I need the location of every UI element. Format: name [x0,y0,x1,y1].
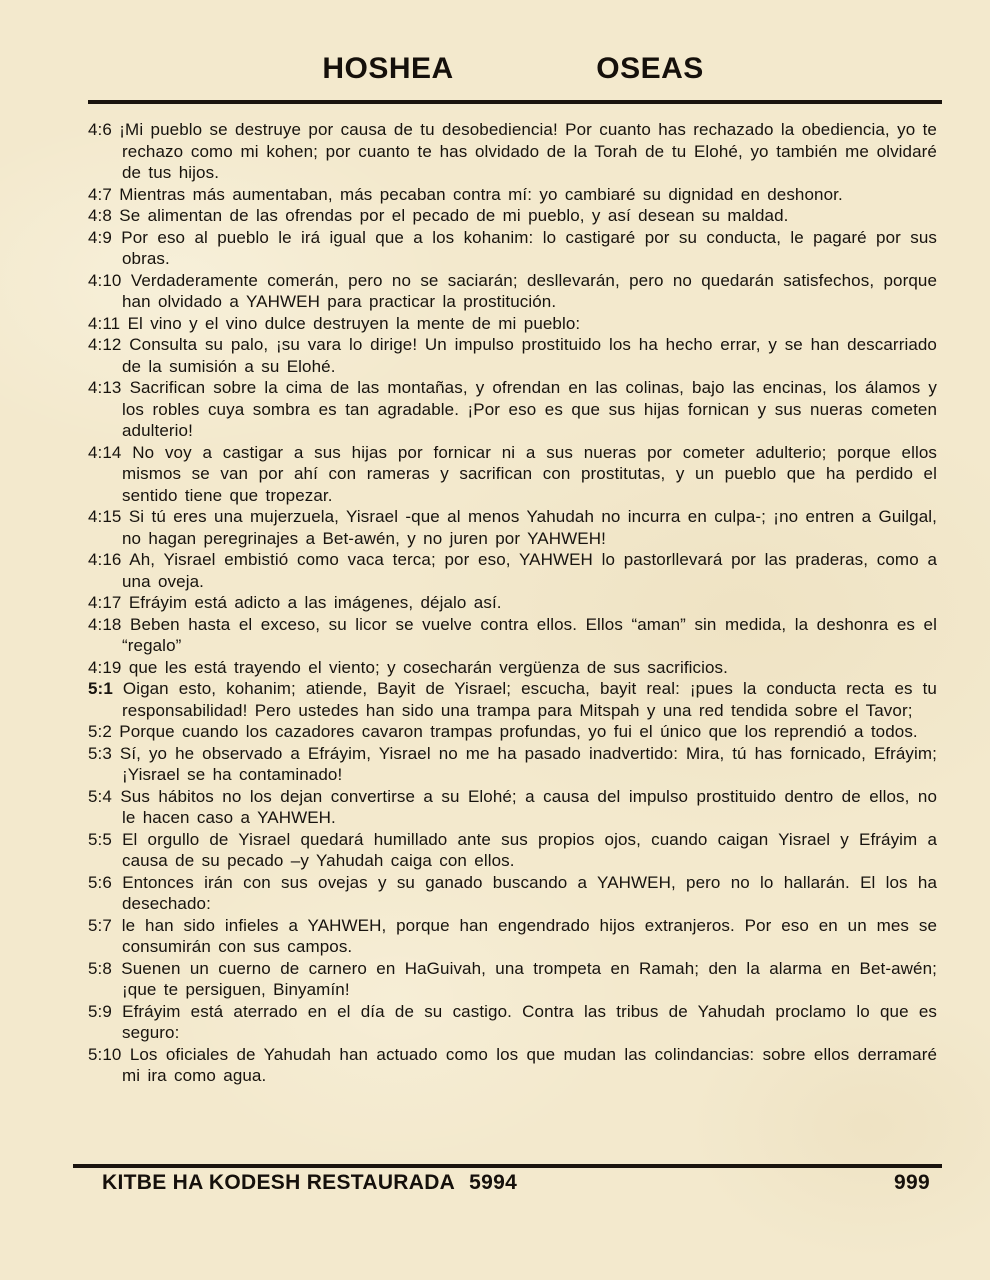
verse-text: que les está trayendo el viento; y cosec… [129,658,728,677]
verse-number: 4:16 [88,550,122,569]
verse: 5:2 Porque cuando los cazadores cavaron … [88,721,937,743]
verse: 4:11 El vino y el vino dulce destruyen l… [88,313,937,335]
verse-number: 4:18 [88,615,122,634]
verse: 4:9 Por eso al pueblo le irá igual que a… [88,227,937,270]
verse: 5:10 Los oficiales de Yahudah han actuad… [88,1044,937,1087]
footer-divider-rule [73,1164,942,1168]
verse-number: 4:12 [88,335,122,354]
verse-text: Mientras más aumentaban, más pecaban con… [119,185,843,204]
verse-text: Verdaderamente comerán, pero no se sacia… [122,271,937,312]
verse-text: Sacrifican sobre la cima de las montañas… [122,378,937,440]
verse-number: 4:10 [88,271,122,290]
verse: 4:17 Efráyim está adicto a las imágenes,… [88,592,937,614]
verse: 4:19 que les está trayendo el viento; y … [88,657,937,679]
verse-number: 5:2 [88,722,112,741]
verse: 5:3 Sí, yo he observado a Efráyim, Yisra… [88,743,937,786]
page-title-spanish: OSEAS [596,52,704,86]
verse: 4:14 No voy a castigar a sus hijas por f… [88,442,937,507]
page-footer: KITBE HA KODESH RESTAURADA5994 999 [102,1171,930,1195]
verse-text: Los oficiales de Yahudah han actuado com… [122,1045,937,1086]
footer-edition-title: KITBE HA KODESH RESTAURADA [102,1171,455,1194]
verse-number: 5:3 [88,744,112,763]
verse-number: 4:17 [88,593,122,612]
verse: 4:13 Sacrifican sobre la cima de las mon… [88,377,937,442]
verse-number: 5:10 [88,1045,122,1064]
verse-text: Se alimentan de las ofrendas por el peca… [119,206,788,225]
verse-number: 5:1 [88,679,113,698]
verse-list: 4:6 ¡Mi pueblo se destruye por causa de … [88,119,937,1087]
verse-number: 5:9 [88,1002,112,1021]
verse: 4:8 Se alimentan de las ofrendas por el … [88,205,937,227]
verse: 4:7 Mientras más aumentaban, más pecaban… [88,184,937,206]
verse-number: 5:5 [88,830,112,849]
verse-text: Efráyim está adicto a las imágenes, déja… [129,593,502,612]
verse-text: El orgullo de Yisrael quedará humillado … [122,830,937,871]
verse: 5:5 El orgullo de Yisrael quedará humill… [88,829,937,872]
verse-text: le han sido infieles a YAHWEH, porque ha… [122,916,937,957]
verse-number: 4:11 [88,314,120,333]
verse-text: Sí, yo he observado a Efráyim, Yisrael n… [120,744,937,785]
verse-number: 4:19 [88,658,122,677]
verse-number: 5:7 [88,916,112,935]
verse: 4:18 Beben hasta el exceso, su licor se … [88,614,937,657]
scanned-bible-page: HOSHEA OSEAS 4:6 ¡Mi pueblo se destruye … [0,0,990,1280]
verse: 4:10 Verdaderamente comerán, pero no se … [88,270,937,313]
verse-text: Consulta su palo, ¡su vara lo dirige! Un… [122,335,937,376]
verse-number: 4:6 [88,120,112,139]
footer-edition: KITBE HA KODESH RESTAURADA5994 [102,1171,517,1195]
verse: 5:9 Efráyim está aterrado en el día de s… [88,1001,937,1044]
verse-number: 4:7 [88,185,112,204]
verse: 4:12 Consulta su palo, ¡su vara lo dirig… [88,334,937,377]
verse-number: 4:8 [88,206,112,225]
verse-number: 5:8 [88,959,112,978]
verse-number: 4:13 [88,378,122,397]
verse-text: No voy a castigar a sus hijas por fornic… [122,443,937,505]
verse: 4:6 ¡Mi pueblo se destruye por causa de … [88,119,937,184]
verse-text: ¡Mi pueblo se destruye por causa de tu d… [119,120,937,182]
verse: 5:4 Sus hábitos no los dejan convertirse… [88,786,937,829]
verse-text: Ah, Yisrael embistió como vaca terca; po… [122,550,937,591]
verse-number: 5:4 [88,787,112,806]
verse-number: 4:15 [88,507,122,526]
verse-text: Efráyim está aterrado en el día de su ca… [122,1002,937,1043]
verse: 5:8 Suenen un cuerno de carnero en HaGui… [88,958,937,1001]
footer-page-number: 999 [894,1171,930,1195]
verse-text: Suenen un cuerno de carnero en HaGuivah,… [121,959,937,1000]
verse: 4:16 Ah, Yisrael embistió como vaca terc… [88,549,937,592]
verse-text: Si tú eres una mujerzuela, Yisrael -que … [122,507,937,548]
verse-number: 4:14 [88,443,122,462]
verse-number: 4:9 [88,228,112,247]
verse-text: Porque cuando los cazadores cavaron tram… [119,722,918,741]
verse-text: Por eso al pueblo le irá igual que a los… [121,228,937,269]
verse-number: 5:6 [88,873,112,892]
verse-text: Oigan esto, kohanim; atiende, Bayit de Y… [122,679,937,720]
verse: 5:1 Oigan esto, kohanim; atiende, Bayit … [88,678,937,721]
verse-text: Beben hasta el exceso, su licor se vuelv… [122,615,937,656]
verse: 4:15 Si tú eres una mujerzuela, Yisrael … [88,506,937,549]
verse: 5:6 Entonces irán con sus ovejas y su ga… [88,872,937,915]
verse-text: El vino y el vino dulce destruyen la men… [128,314,581,333]
header-divider-rule [88,100,942,104]
page-title-hebrew: HOSHEA [322,52,453,86]
verse-text: Sus hábitos no los dejan convertirse a s… [120,787,937,828]
verse: 5:7 le han sido infieles a YAHWEH, porqu… [88,915,937,958]
verse-text: Entonces irán con sus ovejas y su ganado… [122,873,937,914]
footer-edition-year: 5994 [469,1171,517,1194]
